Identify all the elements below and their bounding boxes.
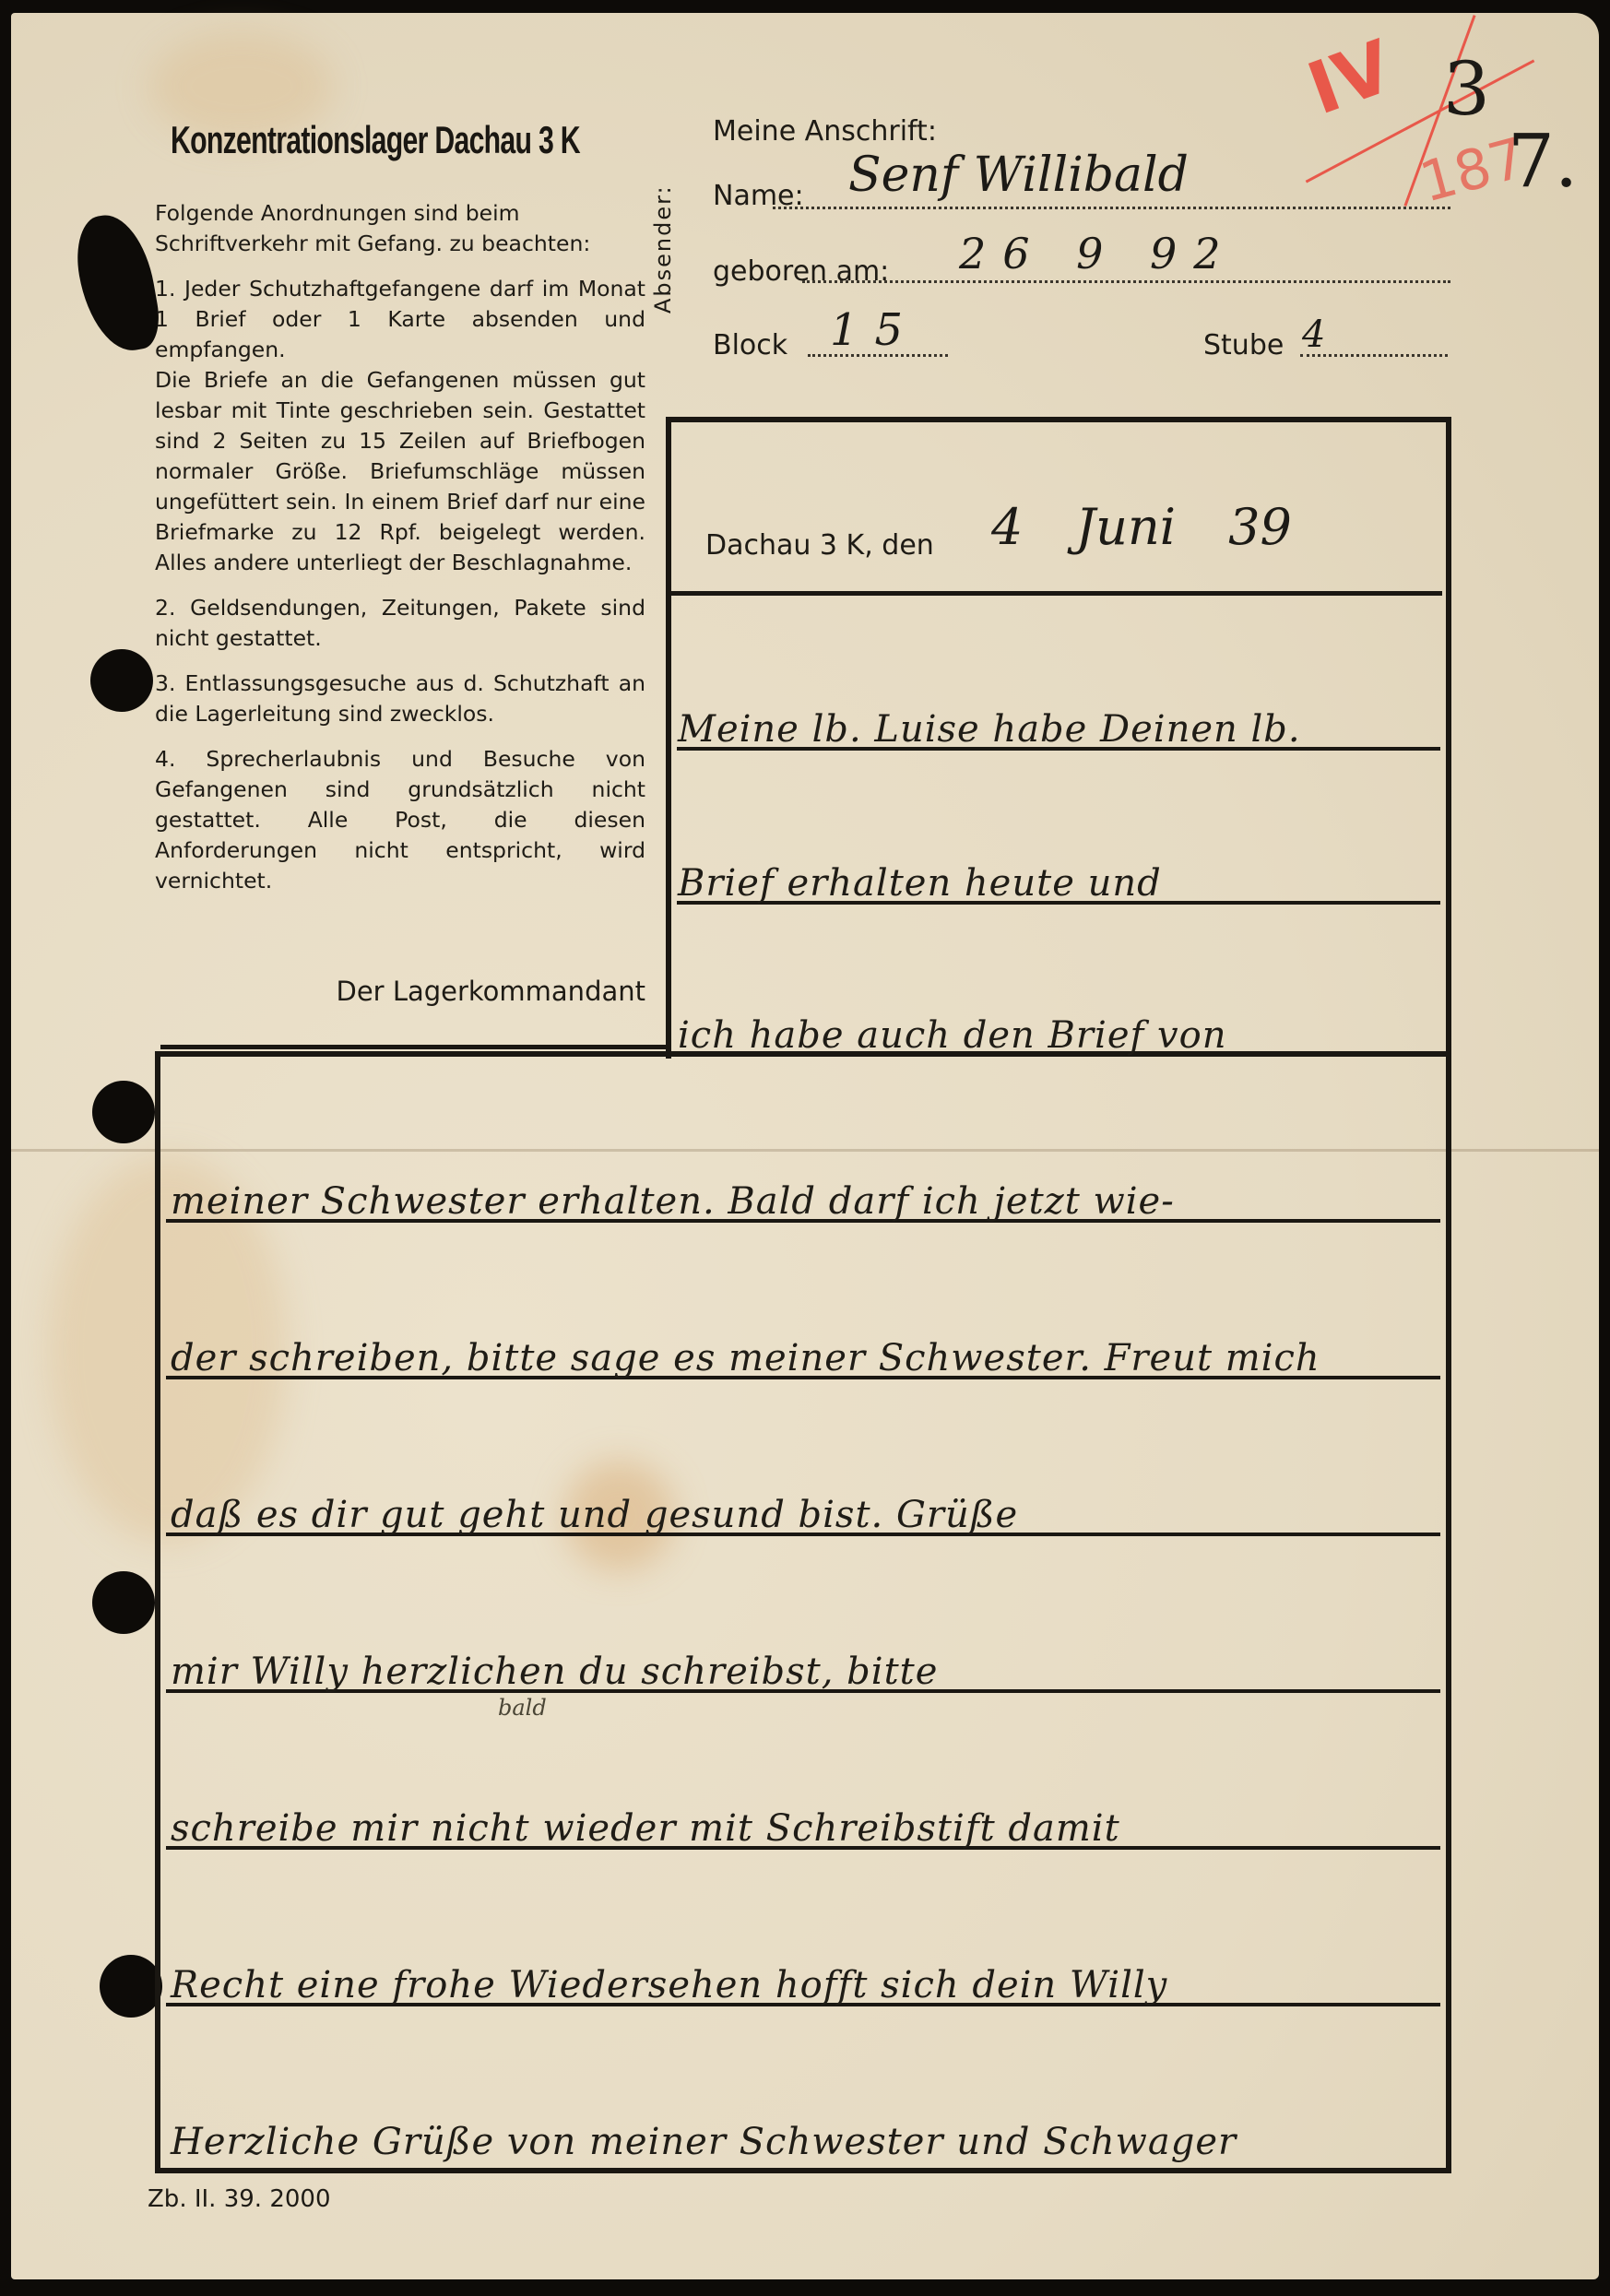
letter-line-4: meiner Schwester erhalten. Bald darf ich… — [171, 1180, 1175, 1223]
letter-line-3: ich habe auch den Brief von — [678, 1014, 1226, 1057]
rule-1-detail: Die Briefe an die Gefangenen müssen gut … — [155, 365, 645, 578]
form-title: Konzentrationslager Dachau 3 K — [171, 118, 515, 162]
date-label: Dachau 3 K, den — [705, 529, 934, 562]
box-join-line — [160, 1045, 671, 1049]
name-value: Senf Willibald — [848, 148, 1189, 203]
rule-1: 1. Jeder Schutzhaftgefangene darf im Mon… — [155, 274, 645, 365]
fraction-bottom: 7. — [1508, 118, 1578, 204]
letter-line-9: Recht eine frohe Wiedersehen hofft sich … — [171, 1964, 1167, 2006]
punch-hole — [92, 1081, 155, 1143]
punch-hole — [90, 649, 153, 712]
date-separator-line — [671, 591, 1442, 596]
letter-line-7: mir Willy herzlichen du schreibst, bitte — [171, 1651, 938, 1693]
date-value: 4 Juni 39 — [991, 498, 1292, 556]
address-heading: Meine Anschrift: — [713, 115, 937, 148]
letter-line-1: Meine lb. Luise habe Deinen lb. — [678, 708, 1301, 751]
born-value: 26 9 92 — [959, 229, 1237, 278]
inserted-word: bald — [498, 1695, 547, 1721]
rules-intro: Folgende Anordnungen sind beim Schriftve… — [155, 198, 645, 259]
block-value: 15 — [830, 304, 919, 356]
rule-4: 4. Sprecherlaubnis und Besuche von Gefan… — [155, 744, 645, 896]
letter-line-2: Brief erhalten heute und — [678, 862, 1162, 905]
punch-hole — [100, 1955, 162, 2018]
form-print-code: Zb. II. 39. 2000 — [148, 2185, 331, 2213]
absender-label: Absender: — [650, 184, 676, 314]
rule-3: 3. Entlassungsgesuche aus d. Schutzhaft … — [155, 669, 645, 729]
fraction-top: 3 — [1443, 46, 1490, 132]
letter-line-5: der schreiben, bitte sage es meiner Schw… — [171, 1337, 1320, 1379]
born-field-line — [802, 280, 1450, 283]
rule-2: 2. Geldsendungen, Zeitungen, Pakete sind… — [155, 593, 645, 654]
block-label: Block — [713, 329, 787, 361]
letter-line-6: daß es dir gut geht und gesund bist. Grü… — [171, 1494, 1018, 1536]
signature-commandant: Der Lagerkommandant — [277, 976, 645, 1007]
rules-text: Folgende Anordnungen sind beim Schriftve… — [155, 198, 645, 911]
punch-hole — [92, 1571, 155, 1634]
stube-label: Stube — [1203, 329, 1284, 361]
stube-value: 4 — [1302, 314, 1325, 356]
name-field-line — [773, 207, 1450, 209]
letter-line-8: schreibe mir nicht wieder mit Schreibsti… — [171, 1807, 1120, 1850]
letter-line-10: Herzliche Grüße von meiner Schwester und… — [171, 2121, 1237, 2163]
